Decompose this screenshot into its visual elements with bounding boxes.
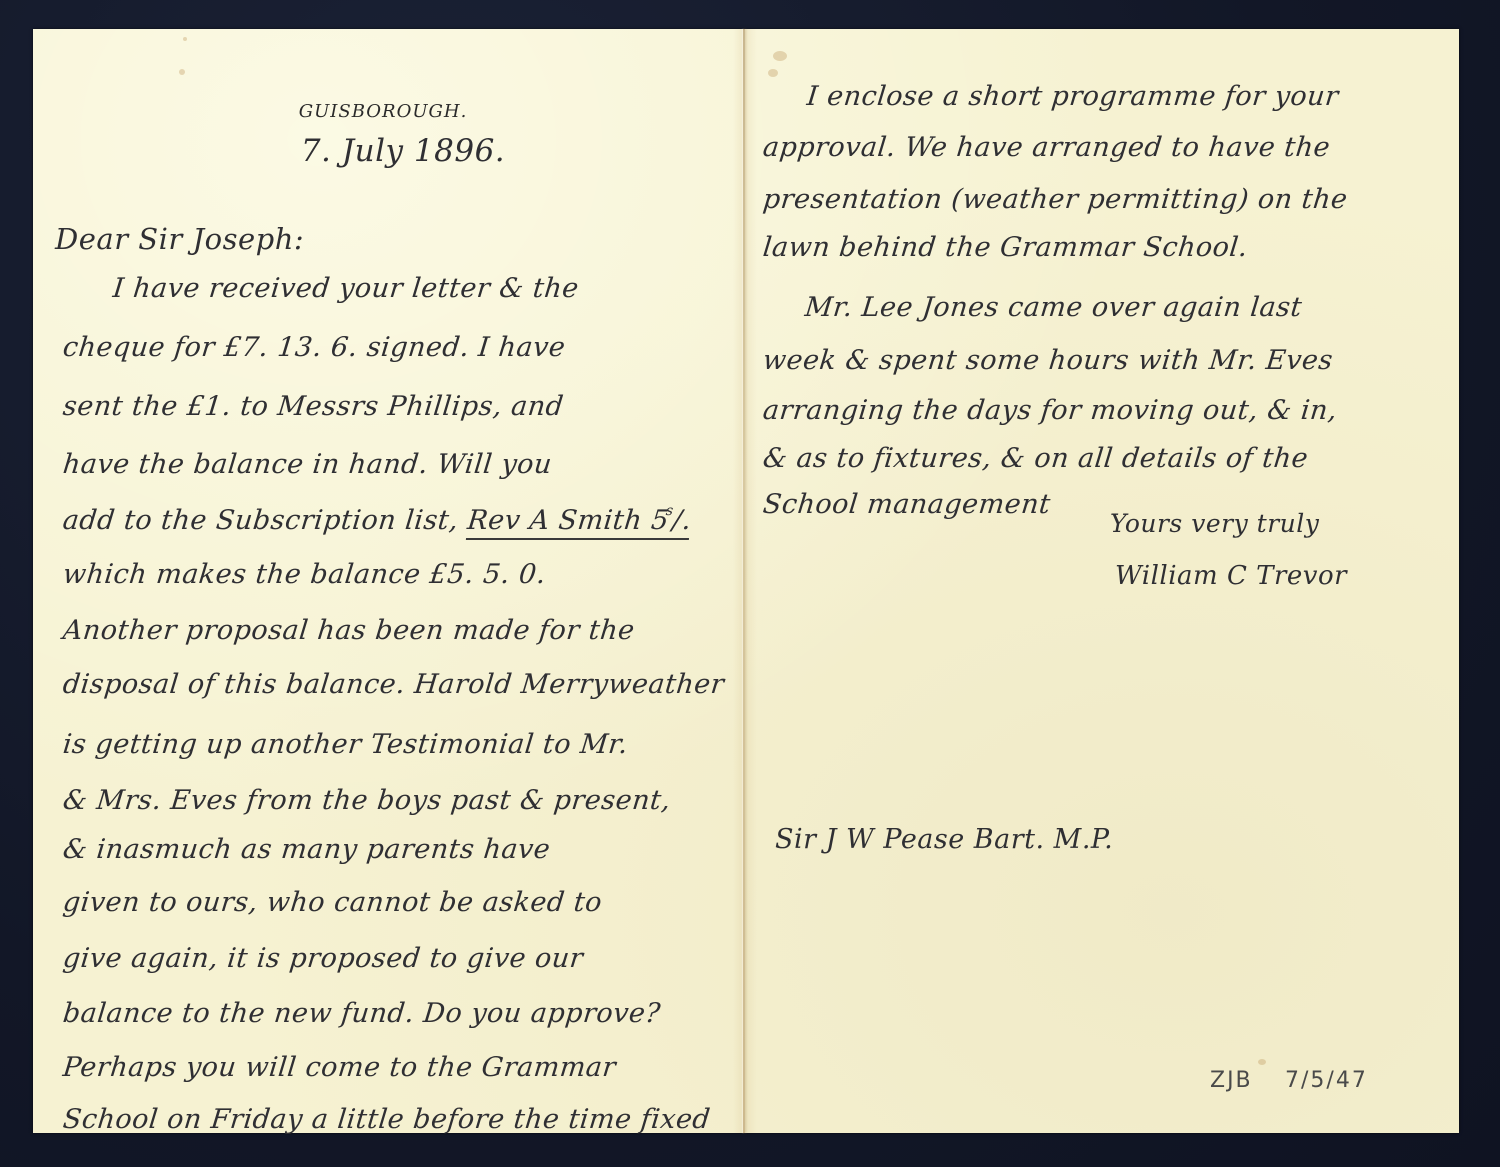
body-text: add to the Subscription list, — [61, 505, 460, 536]
salutation: Dear Sir Joseph: — [55, 222, 304, 256]
body-line: disposal of this balance. Harold Merrywe… — [61, 669, 725, 700]
right-page: I enclose a short programme for your app… — [745, 29, 1459, 1133]
subscription-entry: Rev A Smith 5s/. — [465, 505, 693, 540]
body-line: is getting up another Testimonial to Mr. — [61, 729, 629, 760]
body-line: & as to fixtures, & on all details of th… — [761, 443, 1309, 474]
body-line: add to the Subscription list, Rev A Smit… — [61, 503, 693, 536]
body-line: I have received your letter & the — [111, 273, 580, 304]
body-line: & inasmuch as many parents have — [61, 834, 552, 865]
closing: Yours very truly — [1110, 509, 1319, 538]
body-line: & Mrs. Eves from the boys past & present… — [61, 785, 672, 816]
body-line: sent the £1. to Messrs Phillips, and — [61, 391, 565, 422]
body-line: week & spent some hours with Mr. Eves — [761, 345, 1334, 376]
subscription-entry-text: Rev A Smith 5 — [466, 505, 671, 536]
body-line: School on Friday a little before the tim… — [61, 1104, 712, 1135]
body-line: given to ours, who cannot be asked to — [61, 887, 603, 918]
body-line: which makes the balance £5. 5. 0. — [61, 559, 547, 590]
archive-code: ZJB — [1210, 1068, 1253, 1093]
body-line: Perhaps you will come to the Grammar — [61, 1052, 617, 1083]
addressee: Sir J W Pease Bart. M.P. — [775, 824, 1113, 855]
body-line: balance to the new fund. Do you approve? — [61, 998, 662, 1029]
body-line: lawn behind the Grammar School. — [761, 232, 1249, 263]
left-page: GUISBOROUGH. 7. July 1896. Dear Sir Jose… — [33, 29, 743, 1133]
body-line: I enclose a short programme for your — [805, 81, 1340, 112]
letter-sheet: GUISBOROUGH. 7. July 1896. Dear Sir Jose… — [33, 29, 1459, 1133]
body-line: give again, it is proposed to give our — [61, 943, 584, 974]
body-line: have the balance in hand. Will you — [61, 449, 553, 480]
body-line: presentation (weather permitting) on the — [761, 184, 1349, 215]
body-line: Mr. Lee Jones came over again last — [803, 292, 1303, 323]
archive-number: 7/5/47 — [1285, 1068, 1368, 1093]
letterhead: GUISBOROUGH. — [283, 101, 483, 122]
body-line: arranging the days for moving out, & in, — [761, 395, 1338, 426]
body-line: Another proposal has been made for the — [61, 615, 636, 646]
subscription-entry-suffix: /. — [671, 505, 693, 536]
body-line: approval. We have arranged to have the — [761, 132, 1331, 163]
body-line: School management — [761, 489, 1052, 520]
letter-date: 7. July 1896. — [273, 133, 533, 169]
body-line: cheque for £7. 13. 6. signed. I have — [61, 332, 567, 363]
signature: William C Trevor — [1115, 561, 1347, 591]
